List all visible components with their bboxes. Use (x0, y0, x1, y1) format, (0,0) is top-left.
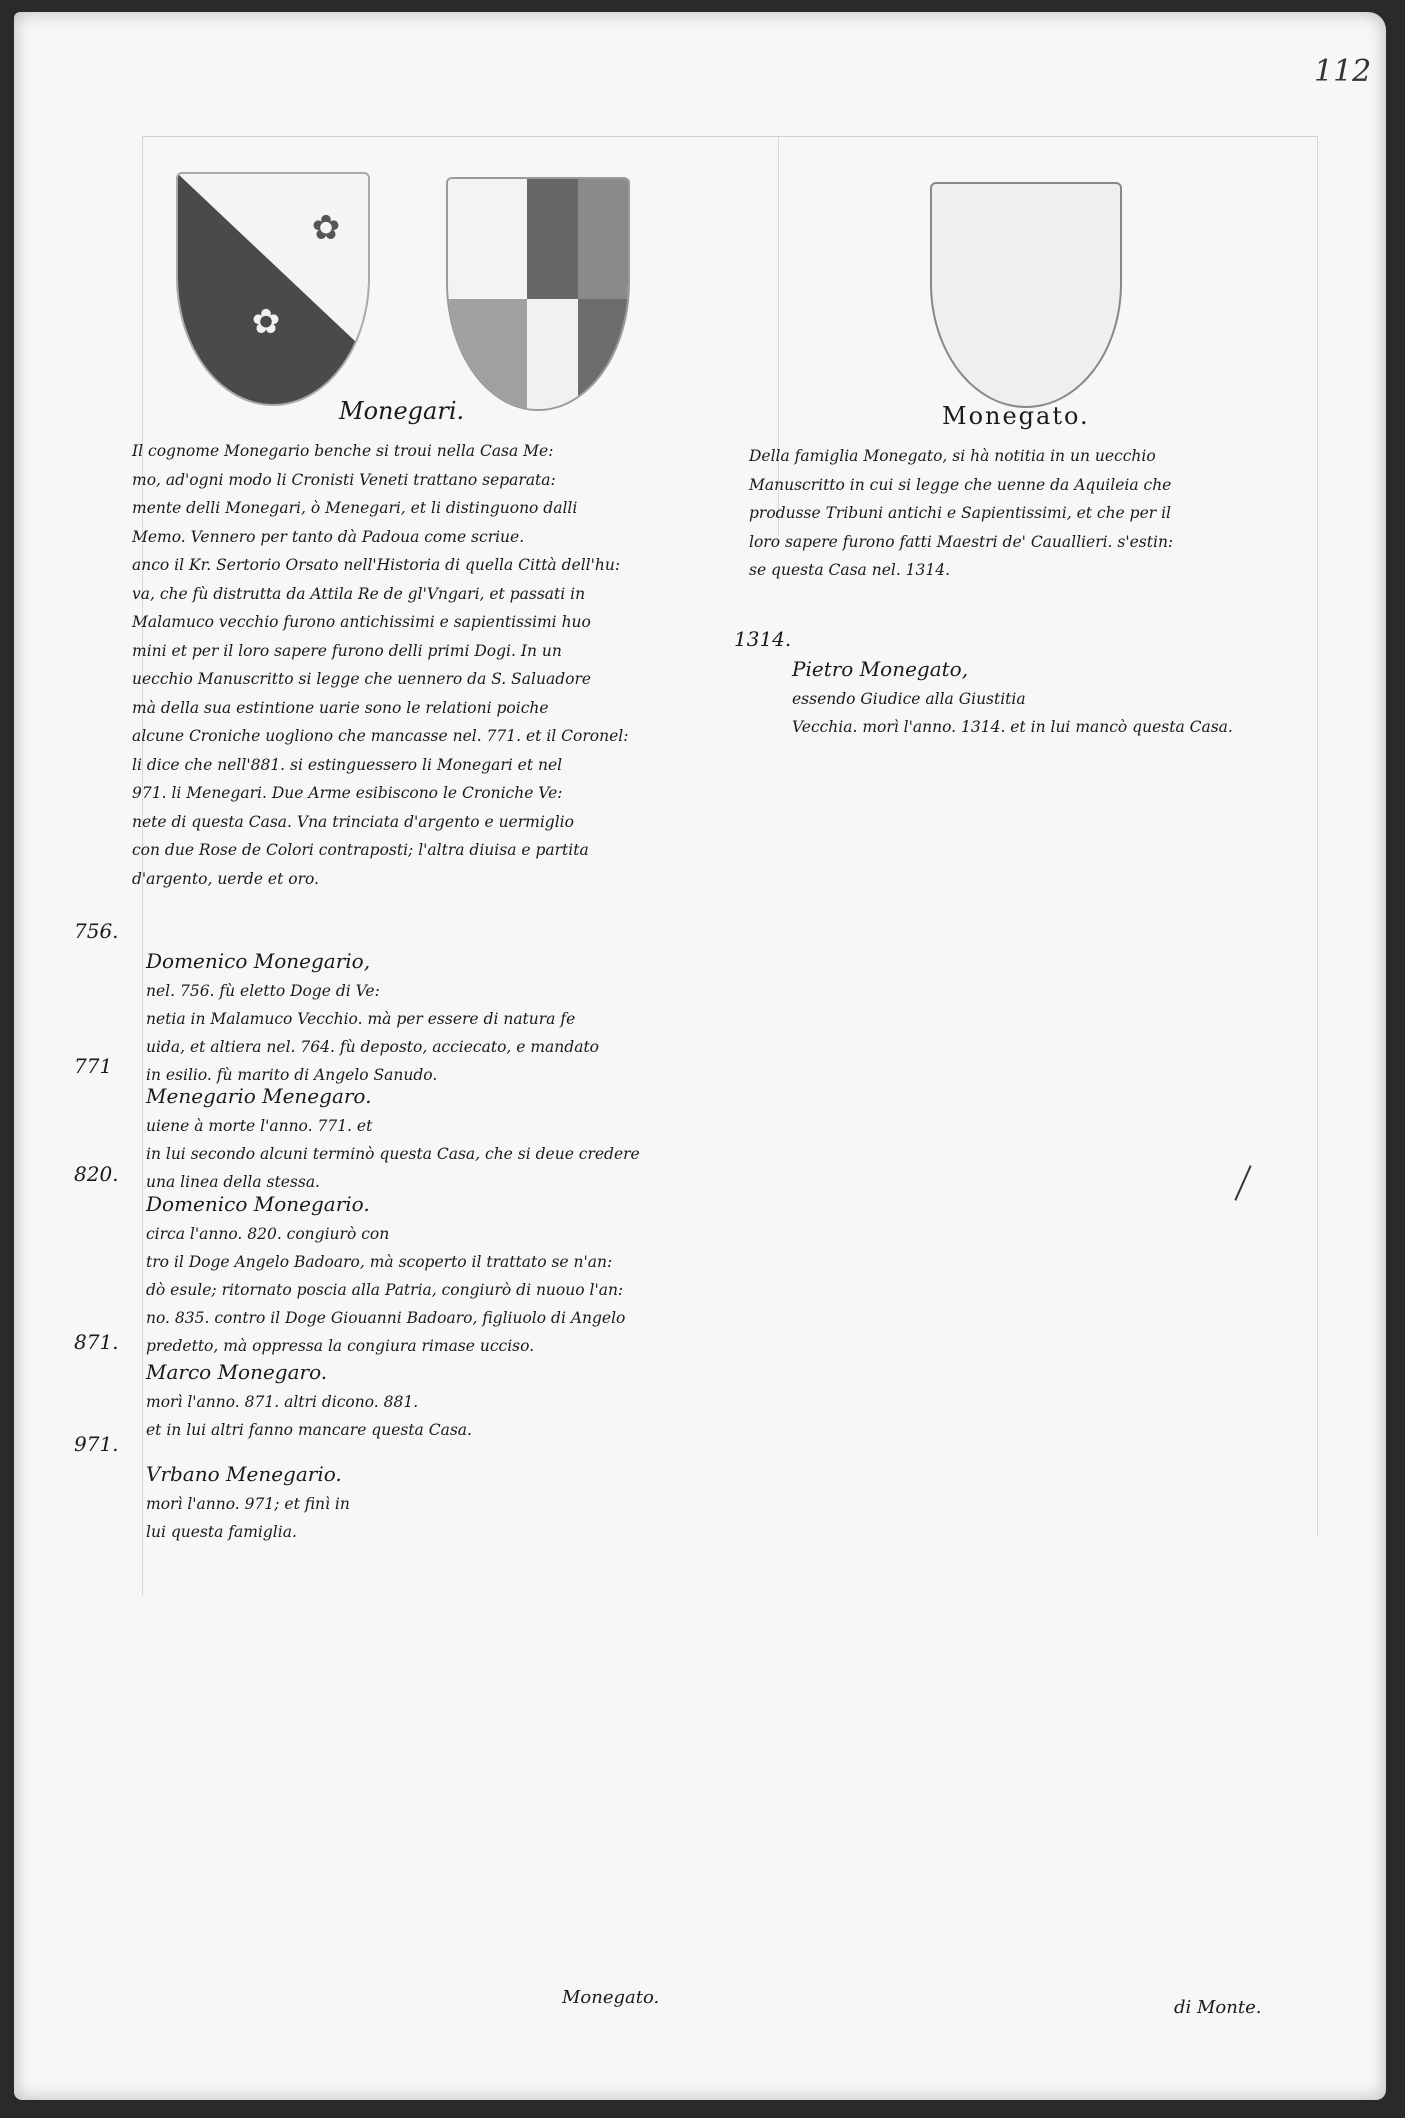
entry-year: 756. (74, 919, 119, 943)
entry-year: 820. (74, 1162, 119, 1186)
entry-person-name: Vrbano Menegario. (146, 1462, 342, 1486)
rose-icon: ✿ (308, 210, 344, 246)
entry-body: Vrbano Menegario. morì l'anno. 971; et f… (146, 1432, 736, 1546)
coat-of-arms-blank (930, 182, 1122, 408)
entry-body: Pietro Monegato, essendo Giudice alla Gi… (792, 627, 1332, 741)
entry-text: essendo Giudice alla Giustitia Vecchia. … (792, 690, 1233, 736)
entry-person-name: Domenico Monegario, (146, 949, 370, 973)
manuscript-page: 112 ✿ ✿ Monegari. Monegato. Il cognome M… (14, 12, 1386, 2100)
pen-stroke-mark (1234, 1165, 1251, 1201)
entry-person-name: Domenico Monegario. (146, 1192, 370, 1216)
coat-of-arms-tranche: ✿ ✿ (176, 172, 370, 406)
right-margin-rule (1317, 136, 1318, 1536)
catchword-right: di Monte. (1174, 1997, 1261, 2018)
entry-body: Marco Monegaro. morì l'anno. 871. altri … (146, 1330, 736, 1444)
entry-text: morì l'anno. 971; et finì in lui questa … (146, 1495, 350, 1541)
entry-person-name: Menegario Menegaro. (146, 1084, 371, 1108)
rose-icon: ✿ (248, 304, 284, 340)
top-ruled-line (142, 136, 1317, 137)
entry-year: 971. (74, 1432, 119, 1456)
family-heading-monegari: Monegari. (339, 397, 464, 425)
entry-year: 771 (74, 1054, 112, 1078)
catchword-left: Monegato. (562, 1987, 659, 2008)
monegari-intro-paragraph: Il cognome Monegario benche si troui nel… (132, 437, 752, 893)
family-heading-monegato: Monegato. (942, 402, 1090, 430)
folio-number: 112 (1314, 54, 1371, 89)
entry-person-name: Marco Monegaro. (146, 1360, 327, 1384)
entry-person-name: Pietro Monegato, (792, 657, 968, 681)
coat-of-arms-quartered (446, 177, 630, 411)
entry-year: 871. (74, 1330, 119, 1354)
monegato-intro-paragraph: Della famiglia Monegato, si hà notitia i… (749, 442, 1329, 585)
entry-year: 1314. (734, 627, 791, 651)
